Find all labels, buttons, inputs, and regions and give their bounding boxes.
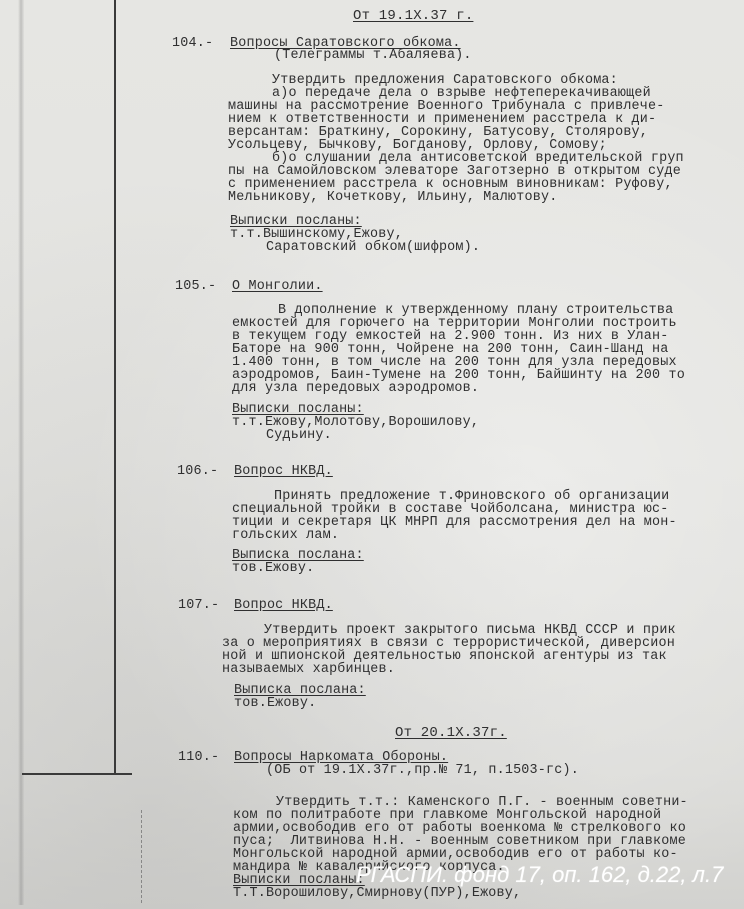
body-line: Мельникову, Кочеткову, Ильину, Малютову.: [228, 192, 557, 205]
item-title: Вопрос НКВД.: [234, 600, 333, 613]
scanned-page: От 19.1Х.37 г. 104.- Вопросы Саратовског…: [0, 0, 744, 909]
margin-rule-vertical: [114, 0, 116, 774]
body-line: называемых харбинцев.: [222, 664, 395, 677]
extract-recipients: Судьину.: [266, 430, 332, 443]
item-number: 104.-: [172, 38, 213, 51]
item-title: Вопрос НКВД.: [234, 466, 333, 479]
extract-recipients: тов.Ежову.: [232, 563, 314, 576]
page-edge-shadow: [18, 0, 24, 905]
extract-recipients: тов.Ежову.: [234, 698, 316, 711]
date-header: От 20.1Х.37г.: [395, 727, 507, 740]
item-subtitle: (Телеграммы т.Абаляева).: [274, 50, 472, 63]
archive-watermark: РГАСПИ. фонд 17, оп. 162, д.22, л.7: [356, 862, 723, 888]
body-line: для узла передовых аэродромов.: [232, 383, 479, 396]
item-number: 107.-: [178, 600, 219, 613]
margin-rule-horizontal: [22, 773, 132, 775]
item-number: 105.-: [175, 281, 216, 294]
body-line: гольских лам.: [232, 530, 339, 543]
item-title: О Монголии.: [232, 281, 323, 294]
item-number: 110.-: [178, 752, 219, 765]
date-header: От 19.1Х.37 г.: [353, 10, 473, 23]
faint-vertical-mark: [141, 810, 142, 905]
extract-recipients: Т.Т.Ворошилову,Смирнову(ПУР),Ежову,: [233, 888, 521, 901]
extract-recipients: Саратовский обком(шифром).: [266, 242, 480, 255]
item-subtitle: (ОБ от 19.1Х.37г.,пр.№ 71, п.1503-гс).: [266, 765, 579, 778]
item-number: 106.-: [177, 466, 218, 479]
